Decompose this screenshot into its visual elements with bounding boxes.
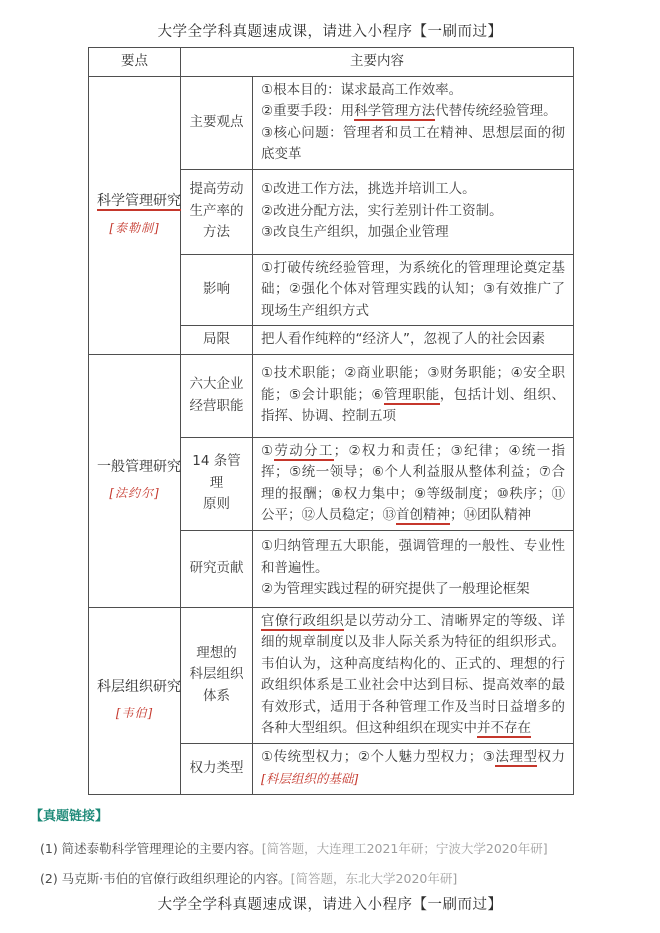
topic-six-functions: 六大企业 经营职能 [181,354,253,437]
content-six-functions: ①技术职能；②商业职能；③财务职能；④安全职能；⑤会计职能；⑥管理职能，包括计划… [253,354,574,437]
red-underlined-text: 法理型 [495,749,537,767]
management-theory-table: 要点 主要内容 科学管理研究 [泰勒制] 主要观点 ①根本目的：谋求最高工作效率… [88,47,574,795]
table-header-row: 要点 主要内容 [89,48,574,77]
topic-productivity-methods: 提高劳动 生产率的 方法 [181,169,253,254]
content-14-principles: ①劳动分工；②权力和责任；③纪律；④统一指挥；⑤统一领导；⑥个人利益服从整体利益… [253,437,574,530]
group-label-scientific-management: 科学管理研究 [泰勒制] [89,76,181,354]
group-name: 科学管理研究 [97,191,172,213]
content-research-contribution: ①归纳管理五大职能，强调管理的一般性、专业性和普遍性。 ②为管理实践过程的研究提… [253,530,574,607]
exam-question-1: (1) 简述泰勒科学管理理论的主要内容。[简答题，大连理工2021年研；宁波大学… [40,841,620,857]
text-segment: ① [261,443,274,459]
table-row: 一般管理研究 [法约尔] 六大企业 经营职能 ①技术职能；②商业职能；③财务职能… [89,354,574,437]
text-segment: [简答题，大连理工2021年研；宁波大学2020年研] [262,841,548,856]
red-underlined-text: 科学管理研究 [97,193,181,211]
content-influence: ①打破传统经验管理，为系统化的管理理论奠定基础；②强化个体对管理实践的认知；③有… [253,254,574,326]
red-annotation-text: [科层组织的基础] [261,771,358,786]
red-underlined-text: 管理职能 [384,387,440,405]
table-row: 科学管理研究 [泰勒制] 主要观点 ①根本目的：谋求最高工作效率。 ②重要手段：… [89,76,574,169]
group-label-bureaucracy: 科层组织研究 [韦伯] [89,607,181,794]
red-underlined-text: 首创精神 [396,507,450,525]
red-underlined-text: 科学管理方法 [354,103,435,121]
page-header-text: 大学全学科真题速成课，请进入小程序【一刷而过】 [0,20,660,41]
content-main-viewpoints: ①根本目的：谋求最高工作效率。 ②重要手段：用科学管理方法代替传统经验管理。 ③… [253,76,574,169]
page-footer-text: 大学全学科真题速成课，请进入小程序【一刷而过】 [0,893,660,914]
topic-power-types: 权力类型 [181,743,253,794]
topic-research-contribution: 研究贡献 [181,530,253,607]
group-name: 科层组织研究 [97,677,172,699]
text-segment: ；⑭团队精神 [450,507,531,523]
text-segment: 权力 [537,749,565,765]
group-sub-label: [法约尔] [97,483,172,505]
group-label-general-management: 一般管理研究 [法约尔] [89,354,181,607]
content-limitations: 把人看作纯粹的“经济人”，忽视了人的社会因素 [253,326,574,355]
text-segment: ①改进工作方法，挑选并培训工人。 ②改进分配方法，实行差别计件工资制。 ③改良生… [261,181,503,240]
header-main-content: 主要内容 [181,48,574,77]
topic-main-viewpoints: 主要观点 [181,76,253,169]
exam-links-heading: 【真题链接】 [30,805,108,824]
text-segment: (2) 马克斯·韦伯的官僚行政组织理论的内容。 [40,871,291,886]
text-segment: 是以劳动分工、清晰界定的等级、详细的规章制度以及非人际关系为特征的组织形式。韦伯… [261,613,565,737]
content-productivity-methods: ①改进工作方法，挑选并培训工人。 ②改进分配方法，实行差别计件工资制。 ③改良生… [253,169,574,254]
content-ideal-bureaucracy: 官僚行政组织是以劳动分工、清晰界定的等级、详细的规章制度以及非人际关系为特征的组… [253,607,574,743]
red-underlined-text: 劳动分工 [274,443,333,461]
text-segment: (1) 简述泰勒科学管理理论的主要内容。 [40,841,262,856]
header-keypoints: 要点 [89,48,181,77]
topic-14-principles: 14 条管理 原则 [181,437,253,530]
topic-influence: 影响 [181,254,253,326]
text-segment: 一般管理研究 [97,459,181,475]
text-segment: ①传统型权力；②个人魅力型权力；③ [261,749,495,765]
group-sub-label: [泰勒制] [97,218,172,240]
topic-ideal-bureaucracy: 理想的 科层组织 体系 [181,607,253,743]
content-power-types: ①传统型权力；②个人魅力型权力；③法理型权力[科层组织的基础] [253,743,574,794]
text-segment: ①归纳管理五大职能，强调管理的一般性、专业性和普遍性。 ②为管理实践过程的研究提… [261,538,565,597]
table-row: 科层组织研究 [韦伯] 理想的 科层组织 体系 官僚行政组织是以劳动分工、清晰界… [89,607,574,743]
group-sub-label: [韦伯] [97,703,172,725]
group-name: 一般管理研究 [97,457,172,479]
red-underlined-text: 官僚行政组织 [261,613,344,631]
exam-question-2: (2) 马克斯·韦伯的官僚行政组织理论的内容。[简答题，东北大学2020年研] [40,871,620,887]
text-segment: [简答题，东北大学2020年研] [291,871,458,886]
text-segment: ①打破传统经验管理，为系统化的管理理论奠定基础；②强化个体对管理实践的认知；③有… [261,260,565,319]
red-underlined-text: 并不存在 [477,720,531,738]
topic-limitations: 局限 [181,326,253,355]
text-segment: 科层组织研究 [97,679,181,695]
text-segment: 把人看作纯粹的“经济人”，忽视了人的社会因素 [261,331,545,347]
